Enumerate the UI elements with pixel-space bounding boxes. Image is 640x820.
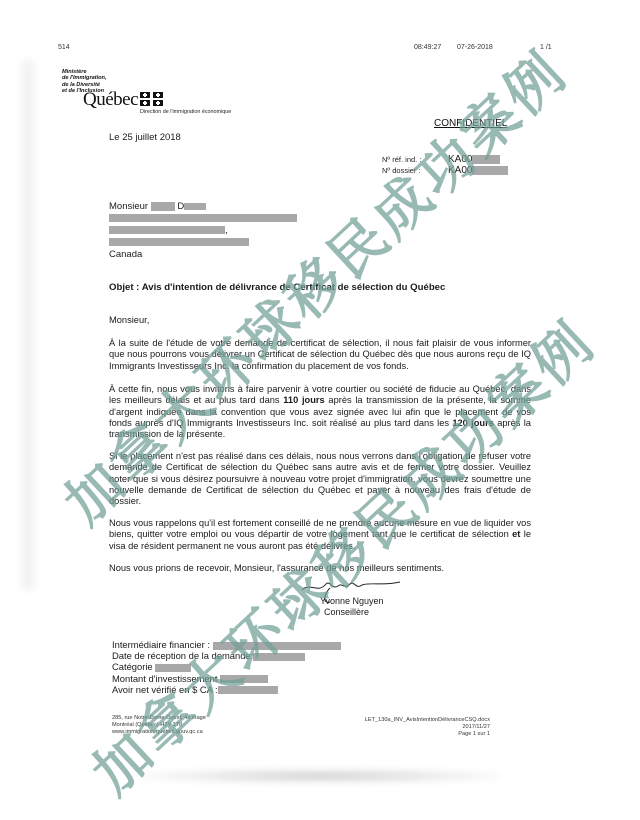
redaction-block [472, 166, 508, 175]
detail-row: Date de réception de la demande: [112, 650, 341, 661]
address-line [109, 237, 297, 249]
redaction-block [109, 214, 297, 222]
document-filename: LET_130a_INV_AvisIntentionDélivranceCSQ.… [365, 717, 490, 724]
paragraph-2: À cette fin, nous vous invitons à faire … [109, 384, 531, 440]
fleur-de-lis-flag-icon [140, 92, 164, 106]
text: Nous vous rappelons qu'il est fortement … [109, 518, 531, 539]
redaction-block [253, 653, 305, 661]
detail-row: Catégorie [112, 661, 341, 672]
paragraph-1: À la suite de l'étude de votre demande d… [109, 338, 531, 372]
closing: Nous vous prions de recevoir, Monsieur, … [109, 563, 531, 574]
website: www.immigration-quebec.gouv.qc.ca [112, 729, 206, 736]
deadline-110-days: 110 jours [283, 395, 324, 405]
confidential-label: CONFIDENTIEL [434, 118, 507, 129]
reference-label: Nº réf. ind. : [382, 154, 448, 165]
page-number: Page 1 sur 1 [365, 731, 490, 738]
fax-date: 07-26-2018 [457, 44, 493, 51]
fax-time: 08:49:27 [414, 44, 441, 51]
detail-label: Catégorie [112, 661, 153, 672]
address-line: , [109, 225, 297, 237]
detail-row: Montant d'investissement [112, 673, 341, 684]
redaction-block [155, 664, 191, 672]
fax-sender-code: 514 [58, 44, 70, 51]
fax-page-count: 1 /1 [540, 44, 552, 51]
reference-value-text: KA00 [448, 154, 472, 165]
reference-row: Nº dossier : KA00 [382, 165, 508, 176]
reference-value-text: KA00 [448, 165, 472, 176]
ministry-line: de l'Immigration, [62, 75, 107, 81]
redaction-block [472, 155, 500, 164]
greeting: Monsieur, [109, 315, 531, 326]
detail-label: Date de réception de la demande: [112, 650, 253, 661]
detail-label: Montant d'investissement [112, 673, 218, 684]
redaction-block [218, 686, 278, 694]
document-info: LET_130a_INV_AvisIntentionDélivranceCSQ.… [365, 717, 490, 738]
redaction-block [109, 226, 225, 234]
recipient-name: Monsieur D [109, 201, 297, 213]
page-shadow-bottom [140, 768, 500, 784]
quebec-wordmark: Québec [83, 89, 138, 111]
reference-label: Nº dossier : [382, 165, 448, 176]
direction-name: Direction de l'immigration économique [140, 109, 231, 115]
flag-quadrant [140, 92, 150, 98]
flag-quadrant [140, 100, 150, 106]
redaction-block [220, 675, 268, 683]
deadline-120-days: 120 jours [452, 418, 494, 428]
detail-row: Avoir net vérifié en $ CA : [112, 684, 341, 695]
detail-row: Intermédiaire financier : [112, 639, 341, 650]
reference-numbers: Nº réf. ind. : KA00 Nº dossier : KA00 [382, 154, 508, 176]
signer-block: Yvonne Nguyen Conseillère [320, 596, 384, 618]
letter-date: Le 25 juillet 2018 [109, 132, 181, 143]
signer-title: Conseillère [320, 607, 384, 618]
ministry-line: de la Diversité [62, 82, 107, 88]
recipient-address: Monsieur D , Canada [109, 201, 297, 261]
address-line [109, 213, 297, 225]
recipient-title: Monsieur [109, 201, 148, 212]
flag-quadrant [153, 100, 163, 106]
document-date: 2017/11/27 [365, 724, 490, 731]
letter-subject: Objet : Avis d'intention de délivrance d… [109, 282, 445, 293]
redaction-block [184, 203, 206, 210]
ministry-address: 285, rue Notre-Dame Ouest, 4e étage Mont… [112, 715, 206, 736]
reference-value: KA00 [448, 154, 500, 165]
page-shadow-left [18, 60, 36, 590]
redaction-block [213, 642, 341, 650]
recipient-country: Canada [109, 249, 297, 261]
paragraph-4: Nous vous rappelons qu'il est fortement … [109, 518, 531, 552]
signer-name: Yvonne Nguyen [320, 596, 384, 607]
address-line: 285, rue Notre-Dame Ouest, 4e étage [112, 715, 206, 722]
paragraph-3: Si le placement n'est pas réalisé dans c… [109, 451, 531, 507]
application-details: Intermédiaire financier : Date de récept… [112, 639, 341, 695]
flag-quadrant [153, 92, 163, 98]
recipient-initial: D [177, 201, 184, 212]
reference-row: Nº réf. ind. : KA00 [382, 154, 508, 165]
reference-value: KA00 [448, 165, 508, 176]
detail-label: Avoir net vérifié en $ CA : [112, 684, 218, 695]
redaction-block [151, 202, 175, 211]
address-line: Montréal (Québec) H2Y 1T8 [112, 722, 206, 729]
redaction-block [109, 238, 249, 246]
detail-label: Intermédiaire financier : [112, 639, 210, 650]
